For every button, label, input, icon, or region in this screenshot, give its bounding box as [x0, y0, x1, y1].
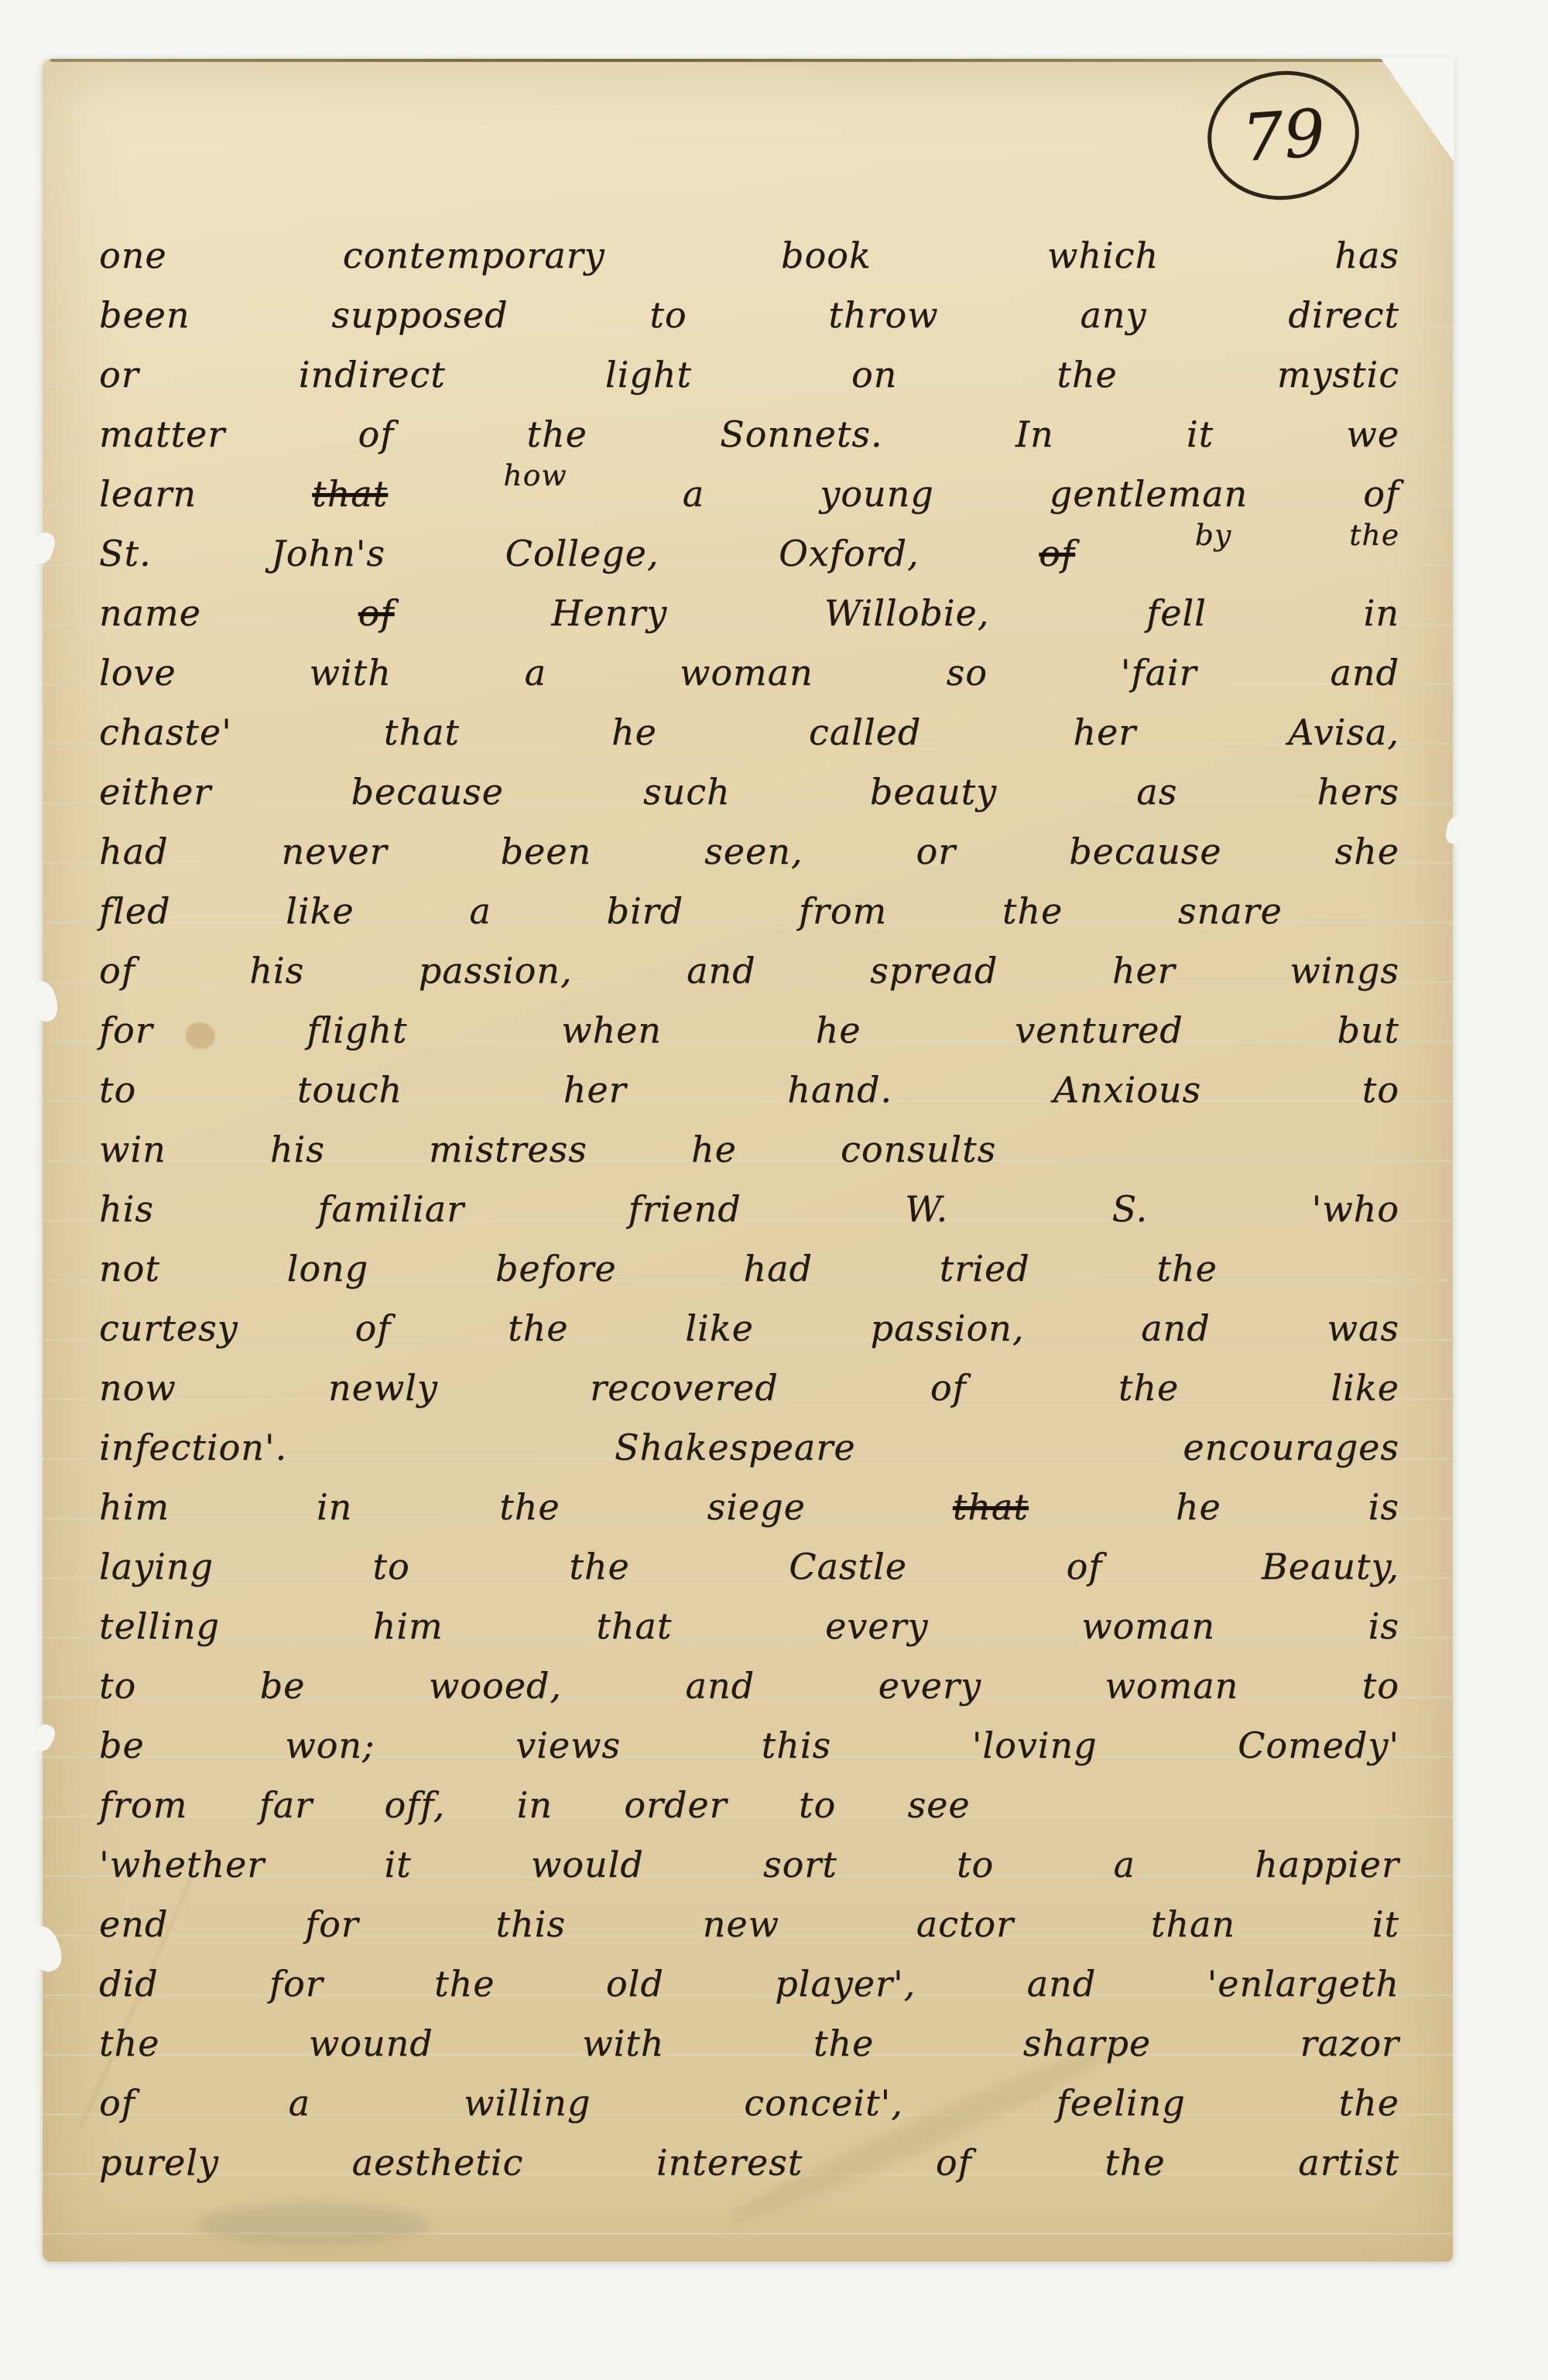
corner-tear — [1380, 57, 1454, 163]
line-text: to be wooed, and every woman to — [99, 1665, 1399, 1707]
manuscript-line: from far off, in order to see — [99, 1776, 971, 1835]
line-text: not long before had tried the — [99, 1248, 1218, 1289]
manuscript-line: fled like a bird from the snare — [99, 882, 1283, 941]
line-text: telling him that every woman is — [99, 1605, 1399, 1647]
line-text: of a willing conceit', feeling the — [99, 2082, 1399, 2124]
manuscript-line: name of Henry Willobie, fell in — [99, 584, 1399, 643]
struck-word: of — [358, 592, 395, 634]
line-text: be won; views this 'loving Comedy' — [99, 1724, 1399, 1766]
manuscript-line: or indirect light on the mystic — [99, 345, 1399, 405]
manuscript-line: telling him that every woman is — [99, 1597, 1399, 1656]
line-text: chaste' that he called her Avisa, — [99, 711, 1399, 753]
inserted-word: by the — [1195, 518, 1399, 552]
manuscript-line: for flight when he ventured but — [99, 1001, 1399, 1060]
manuscript-line: not long before had tried the — [99, 1239, 1218, 1299]
line-text: 'whether it would sort to a happier — [99, 1844, 1399, 1885]
manuscript-line: infection'. Shakespeare encourages — [99, 1418, 1399, 1478]
line-text: end for this new actor than it — [99, 1903, 1399, 1945]
paper-sheet: 79 one contemporary book which hasbeen s… — [43, 59, 1453, 2262]
line-text: matter of the Sonnets. In it we — [99, 413, 1399, 455]
line-text: from far off, in order to see — [99, 1784, 971, 1826]
line-text: been supposed to throw any direct — [99, 294, 1399, 336]
line-text: curtesy of the like passion, and was — [99, 1307, 1399, 1349]
line-text: or indirect light on the mystic — [99, 354, 1399, 396]
inserted-word: how — [503, 458, 567, 492]
manuscript-line: purely aesthetic interest of the artist — [99, 2133, 1399, 2193]
struck-word: of — [1039, 533, 1075, 574]
manuscript-line: been supposed to throw any direct — [99, 286, 1399, 345]
manuscript-line: chaste' that he called her Avisa, — [99, 703, 1399, 762]
line-text: his familiar friend W. S. 'who — [99, 1188, 1399, 1230]
line-text: win his mistress he consults — [99, 1128, 996, 1170]
line-text: either because such beauty as hers — [99, 771, 1399, 813]
manuscript-line: now newly recovered of the like — [99, 1358, 1399, 1418]
line-text: purely aesthetic interest of the artist — [99, 2142, 1399, 2183]
line-text: a young gentleman of — [683, 473, 1399, 515]
manuscript-line: love with a woman so 'fair and — [99, 643, 1399, 703]
line-text: had never been seen, or because she — [99, 830, 1399, 872]
manuscript-line: to be wooed, and every woman to — [99, 1656, 1399, 1716]
struck-word: that — [312, 473, 388, 515]
line-text: fled like a bird from the snare — [99, 890, 1283, 932]
line-text: infection'. Shakespeare encourages — [99, 1426, 1399, 1468]
line-text: learn — [99, 473, 197, 515]
manuscript-line: learn that how a young gentleman of — [99, 464, 1399, 524]
line-text: St. John's College, Oxford, — [99, 533, 920, 574]
pencil-smudge — [197, 2203, 430, 2246]
manuscript-line: laying to the Castle of Beauty, — [99, 1537, 1399, 1597]
manuscript-line: curtesy of the like passion, and was — [99, 1299, 1399, 1358]
line-text: now newly recovered of the like — [99, 1367, 1399, 1409]
line-text: laying to the Castle of Beauty, — [99, 1546, 1399, 1587]
manuscript-line: St. John's College, Oxford, of by the — [99, 524, 1399, 584]
manuscript-line: be won; views this 'loving Comedy' — [99, 1716, 1399, 1776]
manuscript-line: to touch her hand. Anxious to — [99, 1060, 1399, 1120]
manuscript-line: one contemporary book which has — [99, 226, 1399, 286]
manuscript-line: his familiar friend W. S. 'who — [99, 1180, 1399, 1239]
manuscript-line: had never been seen, or because she — [99, 822, 1399, 882]
manuscript-line: 'whether it would sort to a happier — [99, 1835, 1399, 1895]
manuscript-line: win his mistress he consults — [99, 1120, 996, 1180]
line-text: name — [99, 592, 201, 634]
struck-word: that — [953, 1486, 1029, 1528]
line-text: to touch her hand. Anxious to — [99, 1069, 1399, 1111]
manuscript-line: end for this new actor than it — [99, 1895, 1399, 1954]
manuscript-line: did for the old player', and 'enlargeth — [99, 1954, 1399, 2014]
manuscript-text: one contemporary book which hasbeen supp… — [99, 226, 1399, 2193]
line-text: of his passion, and spread her wings — [99, 950, 1399, 991]
line-text: one contemporary book which has — [99, 235, 1399, 276]
manuscript-line: him in the siege that he is — [99, 1478, 1399, 1537]
line-text: Henry Willobie, fell in — [551, 592, 1399, 634]
page-number-circle: 79 — [1200, 63, 1367, 209]
page-number: 79 — [1239, 94, 1327, 176]
line-text: he is — [1176, 1486, 1399, 1528]
manuscript-line: either because such beauty as hers — [99, 762, 1399, 822]
line-text: him in the siege — [99, 1486, 806, 1528]
manuscript-line: matter of the Sonnets. In it we — [99, 405, 1399, 464]
manuscript-line: the wound with the sharpe razor — [99, 2014, 1399, 2074]
manuscript-page-scan: 79 one contemporary book which hasbeen s… — [0, 0, 1548, 2380]
line-text: for flight when he ventured but — [99, 1009, 1399, 1051]
manuscript-line: of a willing conceit', feeling the — [99, 2074, 1399, 2133]
line-text: the wound with the sharpe razor — [99, 2022, 1399, 2064]
line-text: love with a woman so 'fair and — [99, 652, 1399, 693]
manuscript-line: of his passion, and spread her wings — [99, 941, 1399, 1001]
line-text: did for the old player', and 'enlargeth — [99, 1963, 1399, 2005]
